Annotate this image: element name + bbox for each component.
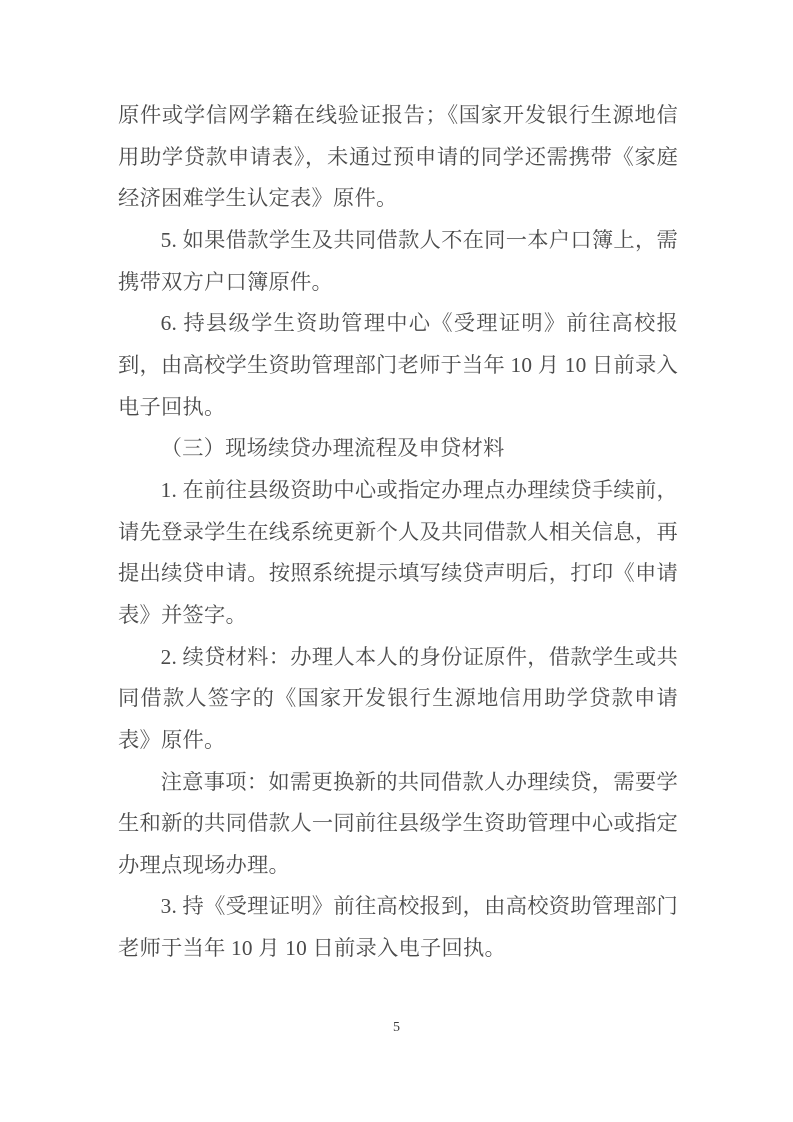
document-page: 原件或学信网学籍在线验证报告；《国家开发银行生源地信用助学贷款申请表》，未通过预… <box>0 0 793 1122</box>
section-heading-3: （三）现场续贷办理流程及申贷材料 <box>118 428 678 470</box>
paragraph-item-5: 5. 如果借款学生及共同借款人不在同一本户口簿上，需携带双方户口簿原件。 <box>118 220 678 303</box>
paragraph-item-1: 1. 在前往县级资助中心或指定办理点办理续贷手续前，请先登录学生在线系统更新个人… <box>118 470 678 637</box>
document-text-block: 原件或学信网学籍在线验证报告；《国家开发银行生源地信用助学贷款申请表》，未通过预… <box>118 95 678 970</box>
page-number: 5 <box>0 1019 793 1037</box>
paragraph-note: 注意事项：如需更换新的共同借款人办理续贷，需要学生和新的共同借款人一同前往县级学… <box>118 762 678 887</box>
paragraph-item-6: 6. 持县级学生资助管理中心《受理证明》前往高校报到，由高校学生资助管理部门老师… <box>118 303 678 428</box>
paragraph-continuation: 原件或学信网学籍在线验证报告；《国家开发银行生源地信用助学贷款申请表》，未通过预… <box>118 95 678 220</box>
paragraph-item-2: 2. 续贷材料：办理人本人的身份证原件，借款学生或共同借款人签字的《国家开发银行… <box>118 637 678 762</box>
paragraph-item-3: 3. 持《受理证明》前往高校报到，由高校资助管理部门老师于当年 10 月 10 … <box>118 886 678 969</box>
